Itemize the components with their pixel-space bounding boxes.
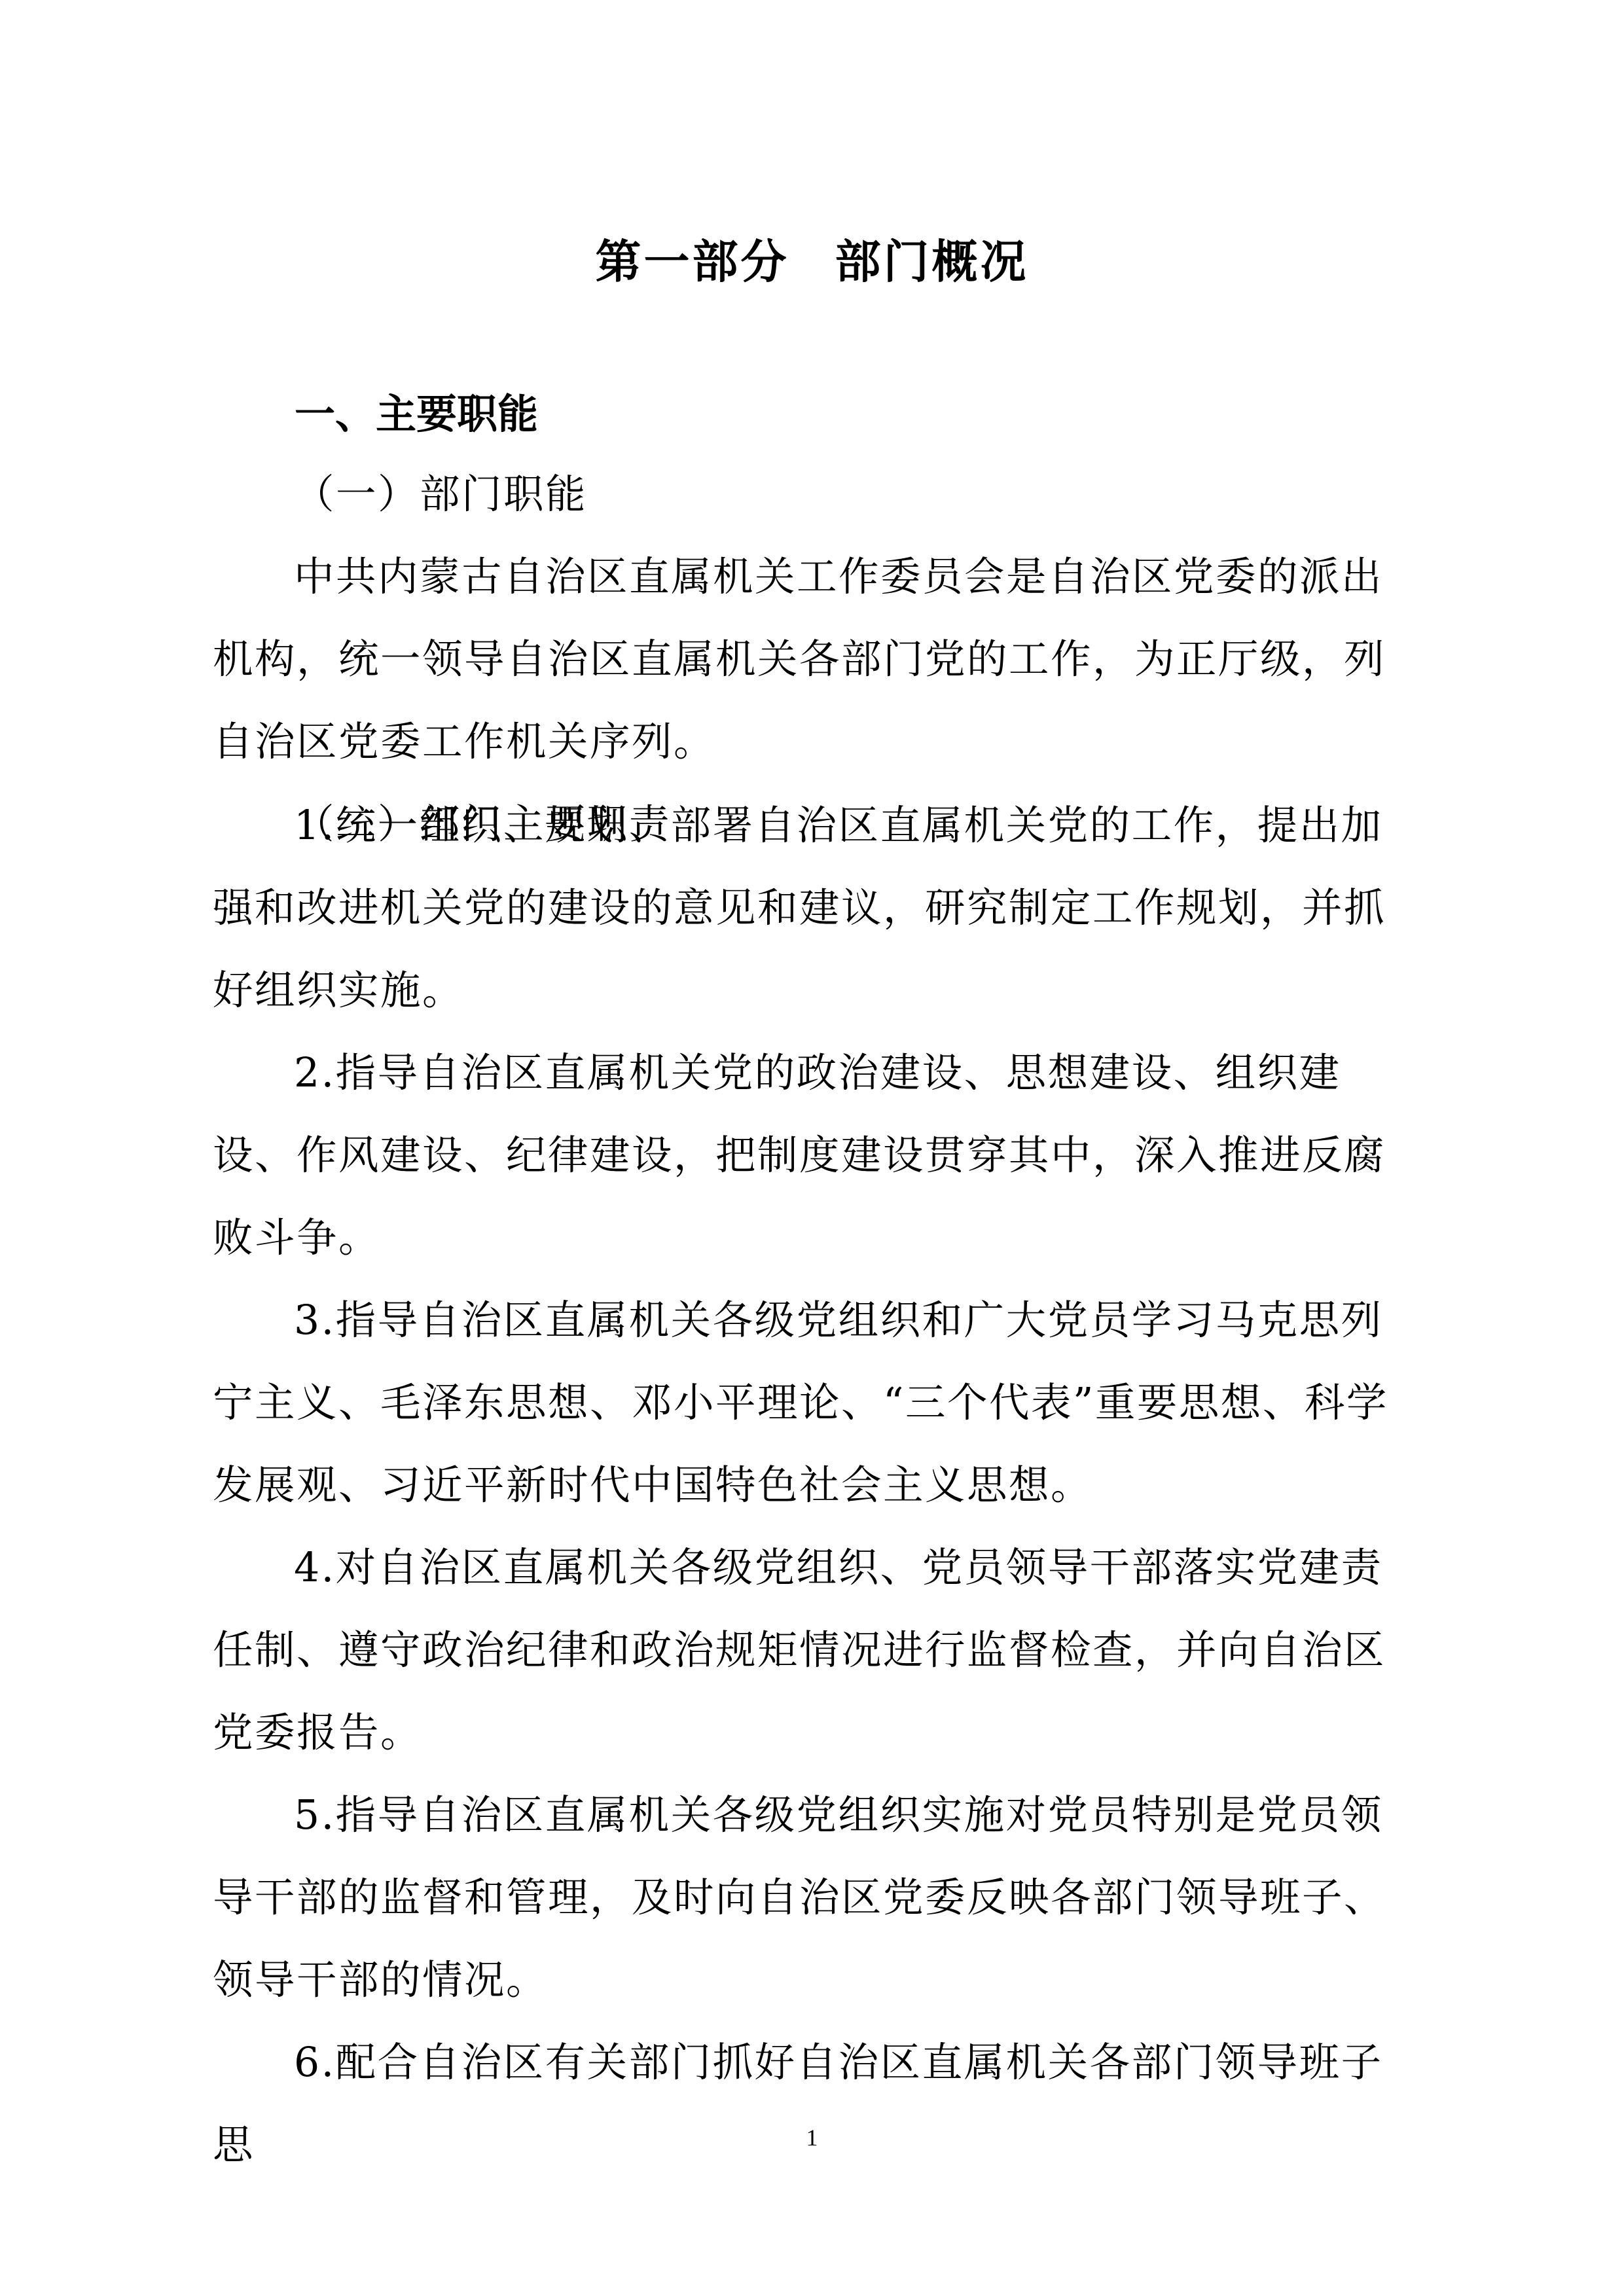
duty-item: 2.指导自治区直属机关党的政治建设、思想建设、组织建设、作风建设、纪律建设，把制… bbox=[213, 1031, 1414, 1279]
subsection-heading: （一）部门职能 bbox=[213, 453, 1414, 535]
duties-list: 1.统一组织、规划、部署自治区直属机关党的工作，提出加强和改进机关党的建设的意见… bbox=[213, 784, 1414, 2186]
duty-item: 1.统一组织、规划、部署自治区直属机关党的工作，提出加强和改进机关党的建设的意见… bbox=[213, 784, 1414, 1031]
paragraph: 中共内蒙古自治区直属机关工作委员会是自治区党委的派出机构，统一领导自治区直属机关… bbox=[213, 535, 1414, 783]
duty-item: 6.配合自治区有关部门抓好自治区直属机关各部门领导班子思 bbox=[213, 2021, 1414, 2186]
part-title-number: 第一部分 bbox=[596, 234, 789, 289]
page-number: 1 bbox=[0, 2124, 1624, 2151]
duty-item: 5.指导自治区直属机关各级党组织实施对党员特别是党员领导干部的监督和管理，及时向… bbox=[213, 1774, 1414, 2021]
document-page: 第一部分部门概况 一、主要职能 （一）部门职能 中共内蒙古自治区直属机关工作委员… bbox=[0, 0, 1624, 2296]
part-title-name: 部门概况 bbox=[835, 234, 1029, 289]
section-heading-main-functions: 一、主要职能 bbox=[295, 385, 538, 444]
part-title: 第一部分部门概况 bbox=[0, 232, 1624, 291]
duty-item: 4.对自治区直属机关各级党组织、党员领导干部落实党建责任制、遵守政治纪律和政治规… bbox=[213, 1526, 1414, 1774]
duty-item: 3.指导自治区直属机关各级党组织和广大党员学习马克思列宁主义、毛泽东思想、邓小平… bbox=[213, 1279, 1414, 1526]
